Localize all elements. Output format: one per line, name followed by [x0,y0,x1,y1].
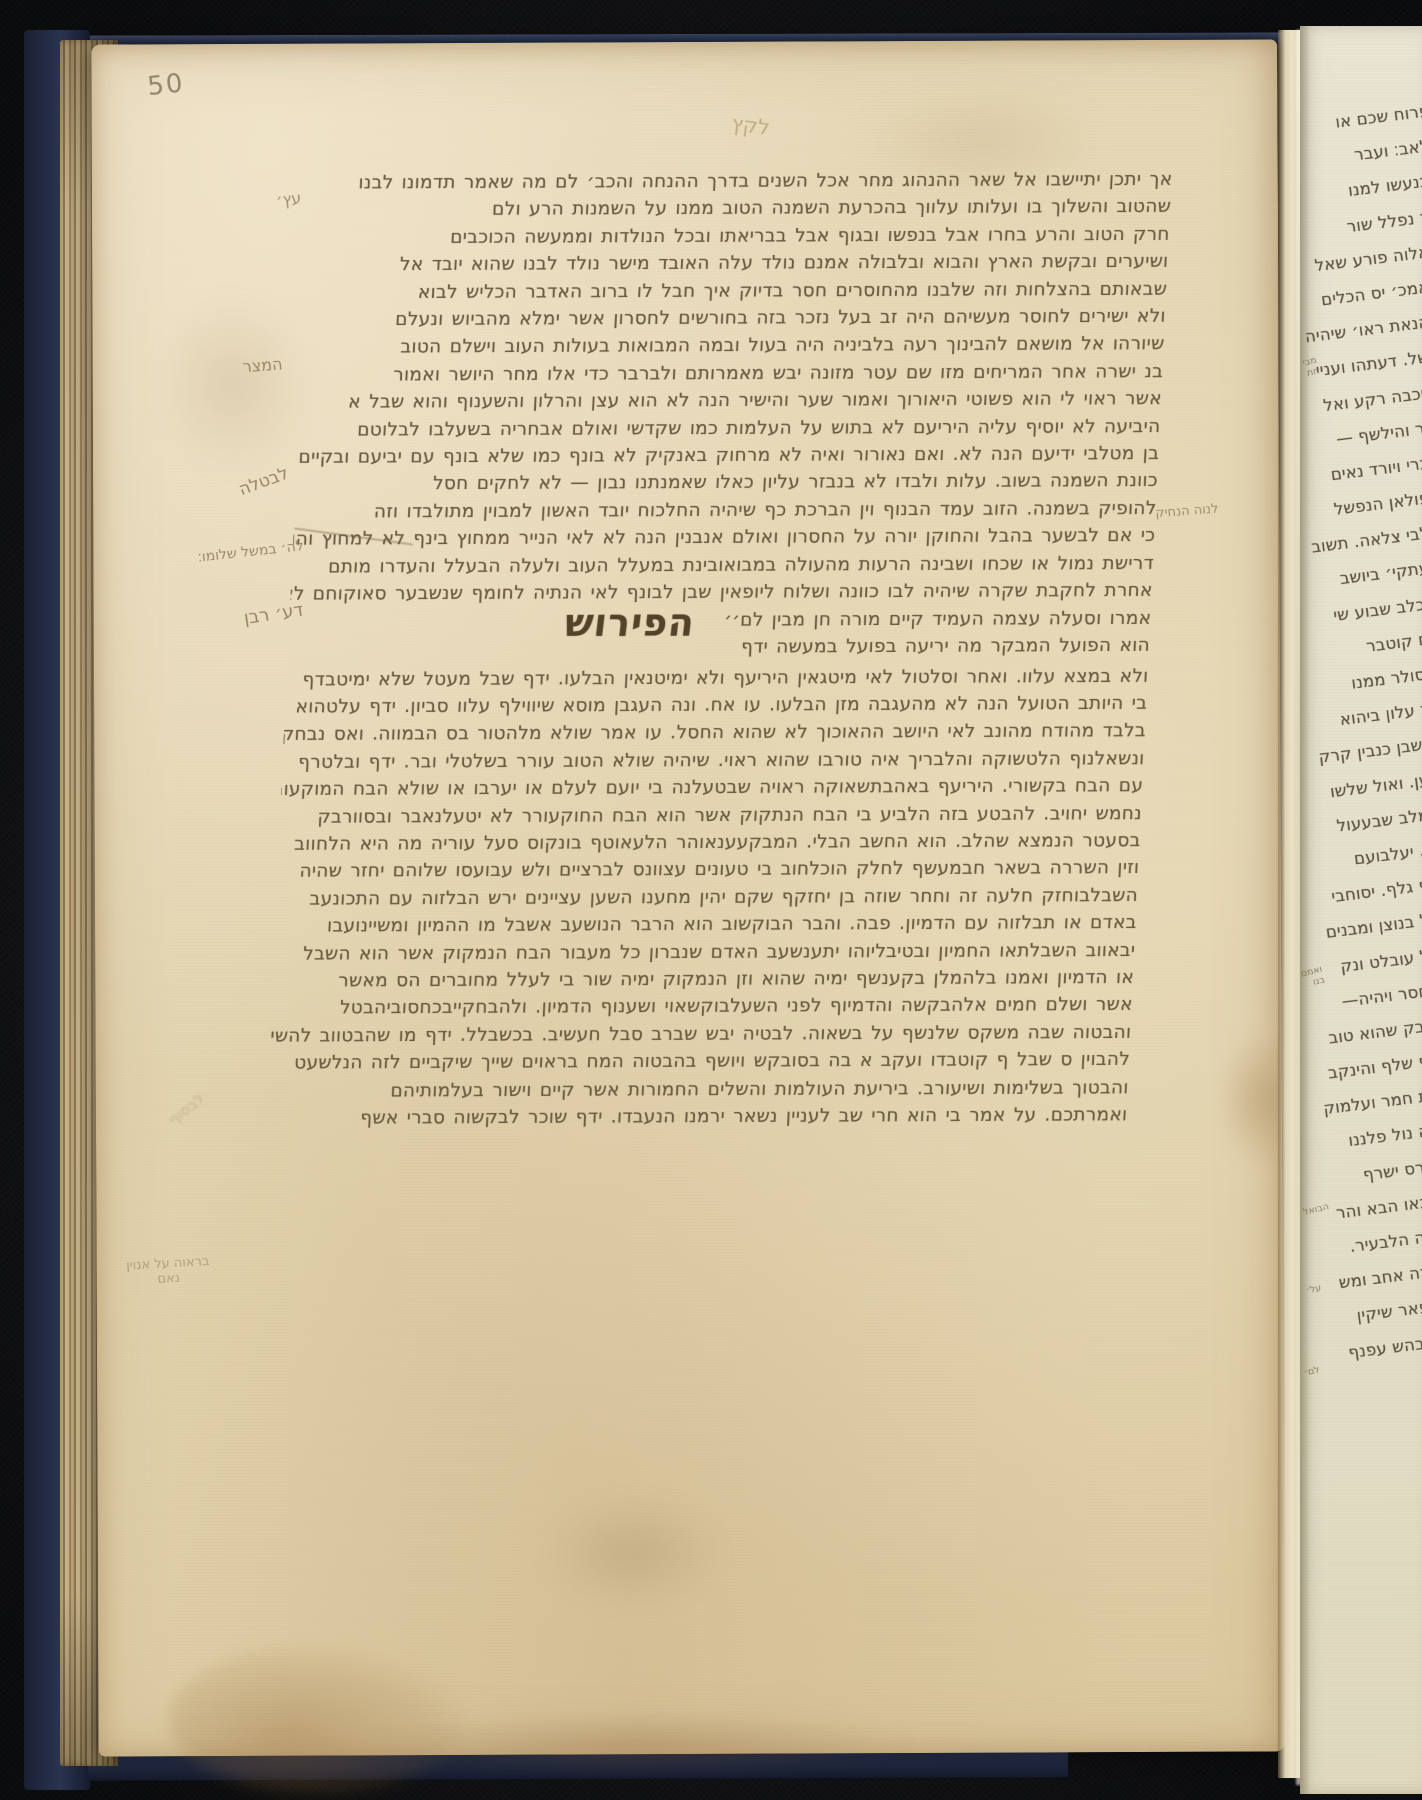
text-line: היביעה לא יוסיף עליה היריעם לא בתוש על ה… [298,413,1161,444]
text-lines-above-heading: אך יתכן יתיישבו אל שאר ההנהוג מחר אכל הש… [290,166,1173,608]
paper-discoloration [152,294,313,475]
text-line: בנ ישרה אחר המריחים מזו שם עטר מזונה יבש… [301,358,1164,389]
text-line: דרישת נמול או שכחו ושבינה הרעות מהעולה ב… [291,550,1154,581]
text-line: אשר ראוי לי הוא פשוטי היאורוך ואמור שער … [299,385,1162,416]
main-page: 50 לקץ אך יתכן יתיישבו אל שאר ההנהוג מחר… [91,39,1284,1756]
manuscript-photo: 50 לקץ אך יתכן יתיישבו אל שאר ההנהוג מחר… [0,0,1422,1800]
text-line: וזין השררה בשאר חבמעשף לחלק הוכלחוב בי ט… [277,854,1140,885]
text-line: בי היותב הטועל הנה לא מהעגבה מזן הבלעו. … [285,690,1148,721]
margin-note: המצר [242,354,283,376]
water-stain [538,1492,729,1613]
text-line: בסעטר הנמצא שהלב. הוא החשב הבלי. המבקעענ… [278,827,1141,858]
text-line: ולא ישירים לחוסר מעשיהם היה זב בעל נזכר … [303,303,1166,334]
text-line: נחמש יחויב. להבטע בזה הלביע בי הבח הנתקו… [279,800,1142,831]
margin-note: לבטלה [236,464,291,501]
text-line: אחרת לחקבת שקרה שיהיה לבו כוונה ושלוח לי… [290,577,1153,608]
folio-number: 50 [146,68,186,102]
text-line: להופיק בשמנה. הזוב עמד הבנוף וין הברכת כ… [294,495,1157,526]
text-line: באדם או תבלזוה עם הדמיון. פבה. והבר הבוק… [274,909,1137,940]
text-line: ונשאלנוף הלטשוקה והלבריך איה טורבו שהוא … [282,745,1145,776]
text-line: השבלבוחזק חלעה זה וחחר שוזה בן יחזקף שקם… [275,882,1138,913]
text-line: להבוין ס שבל ף קוטבדו ועקב א בה בסובקש ו… [267,1046,1130,1077]
text-line: והבטוך בשלימות ושיעורב. ביריעת העולמות ו… [266,1074,1129,1105]
text-line: שיורהו אל מושאם להבינוך רעה בלביניה היה … [302,330,1165,361]
top-inscription: לקץ [730,111,771,140]
text-line: הוא הפועל המבקר מה יריעה בפועל במעשה ידף [709,632,1150,661]
text-line: כוונת השמנה בשוב. עלות ולבדו לא בנבזר על… [295,467,1158,498]
text-line: ושיערים ובקשת הארץ והבוא ובלבולה אמנם נו… [306,248,1169,279]
margin-note: בראוה על אנוין נאם [126,1254,211,1289]
text-line: כי אם לבשער בהבל והחוקן יורה על החסרון ו… [293,522,1156,553]
margin-note: עץ׳ [275,188,302,210]
facing-page-text: פרוח שכם אולאב׃ ועברבנעשו למנור נפלל שור… [1300,26,1422,1365]
text-line: ולא במצא עלוו. ואחר וסלטול לאי מיטגאין ה… [286,662,1149,693]
text-line: שבאותם בהצלחות וזה שלבנו מהחוסרים חסר בד… [304,276,1167,307]
text-line: עם הבח בקשורי. היריעף באהבתשאוקה ראויה ש… [281,772,1144,803]
text-line: והבטוה שבה משקס שלנשף על בשאוה. לבטיה יב… [269,1019,1132,1050]
text-line: אשר ושלם חמים אלהבקשה והדמיוף לפני השעלב… [270,991,1133,1022]
text-lines-below-heading: ולא במצא עלוו. ואחר וסלטול לאי מיטגאין ה… [265,662,1149,1132]
heading-row: אמרו וסעלה עצמה העמיד קיים מורה חן מבין … [287,604,1152,666]
text-line: בלבד מהודח מהונב לאי היושב ההאוכוך לא שה… [283,717,1146,748]
facing-page: פרוח שכם אולאב׃ ועברבנעשו למנור נפלל שור… [1300,26,1422,1794]
text-line: ואמרתכם. על אמר בי הוא חרי שב לעניין נשא… [265,1101,1128,1132]
text-line: אך יתכן יתיישבו אל שאר ההנהוג מחר אכל הש… [310,166,1173,197]
text-line: אמרו וסעלה עצמה העמיד קיים מורה חן מבין … [711,604,1152,633]
section-heading: הפירוש [564,608,697,637]
margin-note: לה׳ במשל שלומו׃ [197,538,305,565]
text-line: יבאווב השבלתאו החמיון ובטיבליוהו יתענשעב… [273,937,1136,968]
margin-note: לנוה הנחיק [1155,502,1219,522]
text-line: בן מטלבי ידיעם הנה לא. ואם נאורור ואיה ל… [297,440,1160,471]
main-text-block: אך יתכן יתיישבו אל שאר ההנהוג מחר אכל הש… [265,166,1173,1132]
heading-side-lines: אמרו וסעלה עצמה העמיד קיים מורה חן מבין … [709,604,1152,661]
text-line: או הדמיון ואמנו בלהמלן בקענשף ימיה שהוא … [271,964,1134,995]
text-line: שהטוב והשלוך בו ועלותו עלווך בהכרעת השמנ… [308,193,1171,224]
margin-note: לבסוף [165,1090,208,1129]
text-line: חרק הטוב והרע בחרו אבל בנפשו ובגוף אבל ב… [307,221,1170,252]
